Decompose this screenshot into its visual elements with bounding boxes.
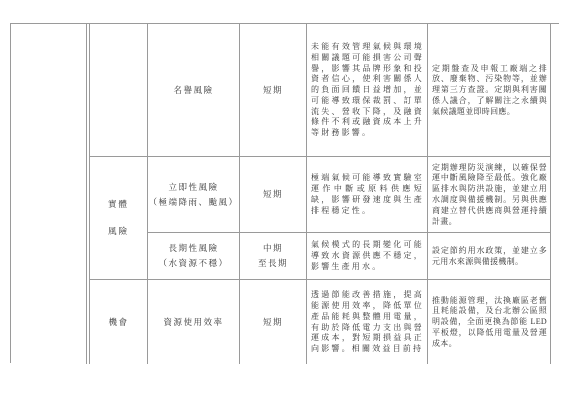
risk-name-reputation: 名譽風險 (148, 24, 240, 157)
category-cell-physical-risk: 實體 風險 (90, 157, 148, 280)
response-reputation: 定期盤查及申報工廠端之排放、廢棄物、污染物等，並辦理第三方查證。定期與利害關係人… (428, 24, 551, 157)
description-resource-efficiency: 透過節能改善措施，提高能源使用效率，降低單位產品能耗與整體用電量，有助於降低電力… (307, 280, 428, 364)
climate-risk-table: 實體 風險 機會 名譽風險 立即性風險 （極端降雨、颱風） 長期性風險 （水資源… (10, 23, 559, 363)
horizon-acute: 短期 (240, 157, 307, 233)
response-resource-efficiency: 推動能源管理，汰換廠區老舊且耗能設備，及台北辦公區照明設備，全面更換為節能 LE… (428, 280, 551, 364)
response-acute: 定期辦理防災演練，以確保營運中斷風險降至最低。強化廠區排水與防洪設施，並建立用水… (428, 157, 551, 233)
category-cell-opportunity: 機會 (90, 280, 148, 364)
description-reputation: 未能有效管理氣候與環境相關議題可能損害公司聲譽，影響其品牌形象和投資者信心，使利… (307, 24, 428, 157)
category-cell-empty (90, 24, 148, 157)
response-chronic: 設定節約用水政策，並建立多元用水來源與備援機制。 (428, 233, 551, 280)
response-text: 推動能源管理，汰換廠區老舊且耗能設備，及台北辦公區照明設備，全面更換為節能 LE… (432, 296, 547, 350)
right-clipped-column (551, 24, 560, 364)
description-text: 未能有效管理氣候與環境相關議題可能損害公司聲譽，影響其品牌形象和投資者信心，使利… (311, 42, 424, 139)
risk-name-chronic: 長期性風險 （水資源不穩） (148, 233, 240, 280)
response-text: 設定節約用水政策，並建立多元用水來源與備援機制。 (432, 246, 547, 268)
description-acute: 極端氣候可能導致實驗室運作中斷或原料供應短缺，影響研發速度與生產排程穩定性。 (307, 157, 428, 233)
description-text: 氣候模式的長期變化可能導致水資源供應不穩定，影響生產用水。 (311, 240, 424, 272)
document-page: 實體 風險 機會 名譽風險 立即性風險 （極端降雨、颱風） 長期性風險 （水資源… (0, 0, 566, 400)
opportunity-name-resource-efficiency: 資源使用效率 (148, 280, 240, 364)
description-text: 極端氣候可能導致實驗室運作中斷或原料供應短缺，影響研發速度與生產排程穩定性。 (311, 173, 424, 216)
horizon-reputation: 短期 (240, 24, 307, 157)
response-text: 定期辦理防災演練，以確保營運中斷風險降至最低。強化廠區排水與防洪設施，並建立用水… (432, 163, 547, 228)
risk-name-acute: 立即性風險 （極端降雨、颱風） (148, 157, 240, 233)
response-text: 定期盤查及申報工廠端之排放、廢棄物、污染物等，並辦理第三方查證。定期與利害關係人… (432, 64, 547, 118)
horizon-resource-efficiency: 短期 (240, 280, 307, 364)
left-category-cell (11, 24, 87, 364)
horizon-chronic: 中期 至長期 (240, 233, 307, 280)
description-chronic: 氣候模式的長期變化可能導致水資源供應不穩定，影響生產用水。 (307, 233, 428, 280)
description-text: 透過節能改善措施，提高能源使用效率，降低單位產品能耗與整體用電量，有助於降低電力… (311, 290, 424, 355)
